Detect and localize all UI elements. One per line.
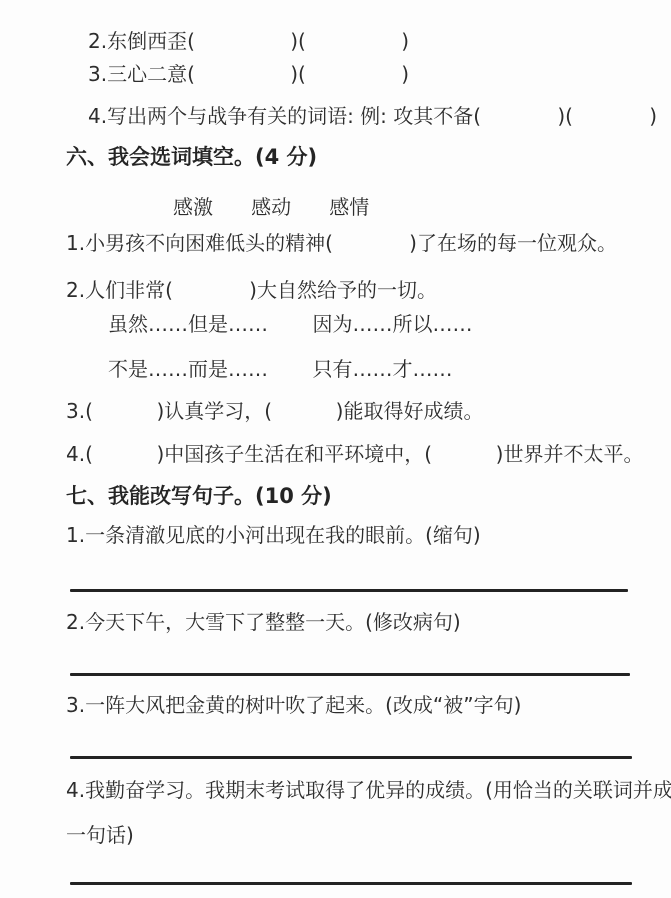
question-item-5-3: 3.三心二意( )( ) bbox=[88, 62, 409, 86]
question-item-6-4: 4.( )中国孩子生活在和平环境中，( )世界并不太平。 bbox=[66, 442, 643, 466]
conjunction-bank-row-2: 不是……而是…… 只有……才…… bbox=[108, 357, 453, 381]
answer-line-7-2 bbox=[70, 673, 630, 676]
exam-worksheet-page: 2.东倒西歪( )( ) 3.三心二意( )( ) 4.写出两个与战争有关的词语… bbox=[0, 0, 671, 898]
section-six-title: 六、我会选词填空。(4 分) bbox=[66, 145, 317, 169]
answer-line-7-3 bbox=[70, 756, 632, 759]
question-item-7-4-continued: 一句话) bbox=[66, 823, 134, 847]
question-item-6-2: 2.人们非常( )大自然给予的一切。 bbox=[66, 278, 437, 302]
conjunction-bank-row-1: 虽然……但是…… 因为……所以…… bbox=[108, 312, 473, 336]
question-item-6-1: 1.小男孩不向困难低头的精神( )了在场的每一位观众。 bbox=[66, 231, 617, 255]
question-item-5-4: 4.写出两个与战争有关的词语: 例: 攻其不备( )( ) bbox=[88, 104, 657, 128]
question-item-7-3: 3.一阵大风把金黄的树叶吹了起来。(改成“被”字句) bbox=[66, 693, 521, 717]
question-item-7-1: 1.一条清澈见底的小河出现在我的眼前。(缩句) bbox=[66, 523, 481, 547]
word-bank: 感激 感动 感情 bbox=[173, 195, 369, 219]
answer-line-7-4 bbox=[70, 882, 632, 885]
answer-line-7-1 bbox=[70, 589, 628, 592]
question-item-7-4: 4.我勤奋学习。我期末考试取得了优异的成绩。(用恰当的关联词并成 bbox=[66, 778, 671, 802]
section-seven-title: 七、我能改写句子。(10 分) bbox=[66, 484, 332, 508]
question-item-6-3: 3.( )认真学习，( )能取得好成绩。 bbox=[66, 399, 483, 423]
question-item-7-2: 2.今天下午，大雪下了整整一天。(修改病句) bbox=[66, 610, 461, 634]
question-item-5-2: 2.东倒西歪( )( ) bbox=[88, 29, 409, 53]
